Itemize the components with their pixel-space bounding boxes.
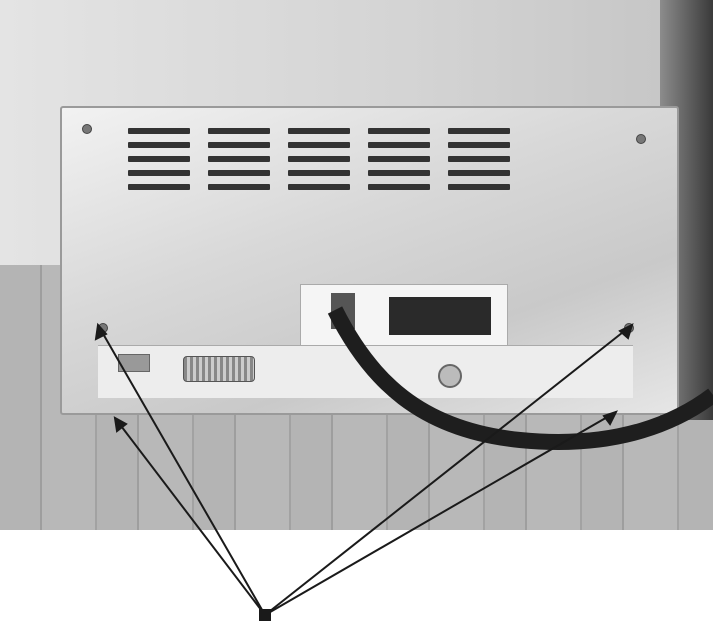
origin-marker (260, 610, 270, 620)
power-cable (335, 310, 713, 442)
annotation-arrows (0, 0, 713, 622)
figure (0, 0, 713, 622)
